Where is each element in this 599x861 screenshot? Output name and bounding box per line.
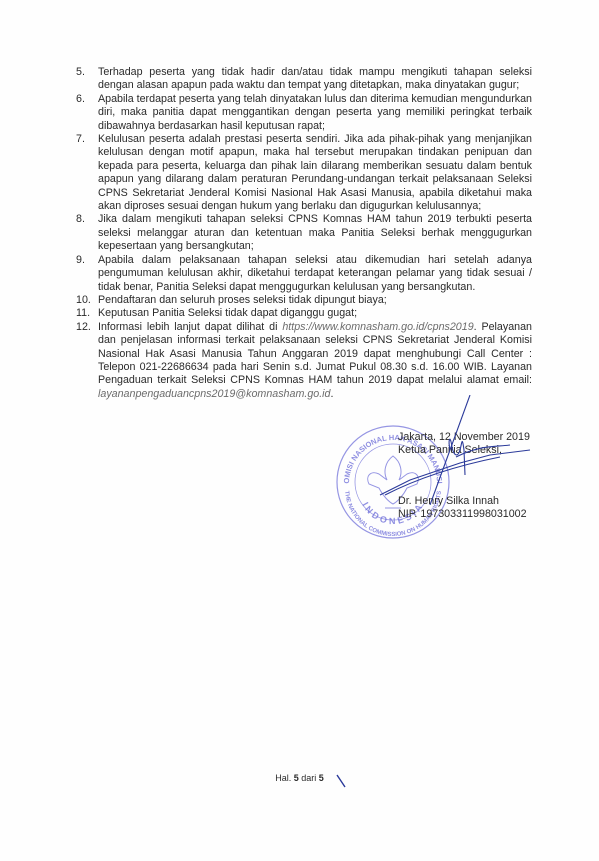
item-text: Pendaftaran dan seluruh proses seleksi t… [98, 294, 387, 306]
page-label: Hal. [275, 773, 294, 783]
item-text: Terhadap peserta yang tidak hadir dan/at… [98, 66, 532, 91]
item-number: 10. [76, 294, 91, 307]
item-number: 5. [76, 66, 85, 79]
item-number: 8. [76, 213, 85, 226]
item-text: Jika dalam mengikuti tahapan seleksi CPN… [98, 213, 532, 252]
list-item: 6.Apabila terdapat peserta yang telah di… [76, 93, 532, 133]
list-item: 11.Keputusan Panitia Seleksi tidak dapat… [76, 307, 532, 320]
item-number: 11. [76, 307, 90, 320]
total-pages: 5 [319, 773, 324, 783]
website-link[interactable]: https://www.komnasham.go.id/cpns2019 [282, 321, 473, 333]
page-separator: dari [299, 773, 319, 783]
email-link[interactable]: layananpengaduancpns2019@komnasham.go.id [98, 388, 331, 400]
signatory-nip: NIP. 197303311998031002 [398, 508, 530, 521]
item-text: . [331, 388, 334, 400]
list-item: 10.Pendaftaran dan seluruh proses seleks… [76, 294, 532, 307]
list-item: 7.Kelulusan peserta adalah prestasi pese… [76, 133, 532, 213]
page-footer: Hal. 5 dari 5 [0, 773, 599, 783]
list-item-contact-info: 12.Informasi lebih lanjut dapat dilihat … [76, 321, 532, 401]
provisions-list: 5.Terhadap peserta yang tidak hadir dan/… [76, 66, 532, 401]
item-text: Keputusan Panitia Seleksi tidak dapat di… [98, 307, 357, 319]
list-item: 9.Apabila dalam pelaksanaan tahapan sele… [76, 254, 532, 294]
item-text: Kelulusan peserta adalah prestasi pesert… [98, 133, 532, 212]
item-number: 12. [76, 321, 91, 334]
list-item: 8.Jika dalam mengikuti tahapan seleksi C… [76, 213, 532, 253]
item-number: 9. [76, 254, 85, 267]
list-item: 5.Terhadap peserta yang tidak hadir dan/… [76, 66, 532, 93]
initial-mark-icon [335, 773, 349, 789]
item-number: 6. [76, 93, 85, 106]
item-text: Apabila dalam pelaksanaan tahapan seleks… [98, 254, 532, 293]
item-number: 7. [76, 133, 85, 146]
item-text: Apabila terdapat peserta yang telah diny… [98, 93, 532, 132]
item-text: Informasi lebih lanjut dapat dilihat di [98, 321, 282, 333]
document-page: 5.Terhadap peserta yang tidak hadir dan/… [0, 0, 599, 861]
handwritten-signature-icon [370, 395, 550, 505]
